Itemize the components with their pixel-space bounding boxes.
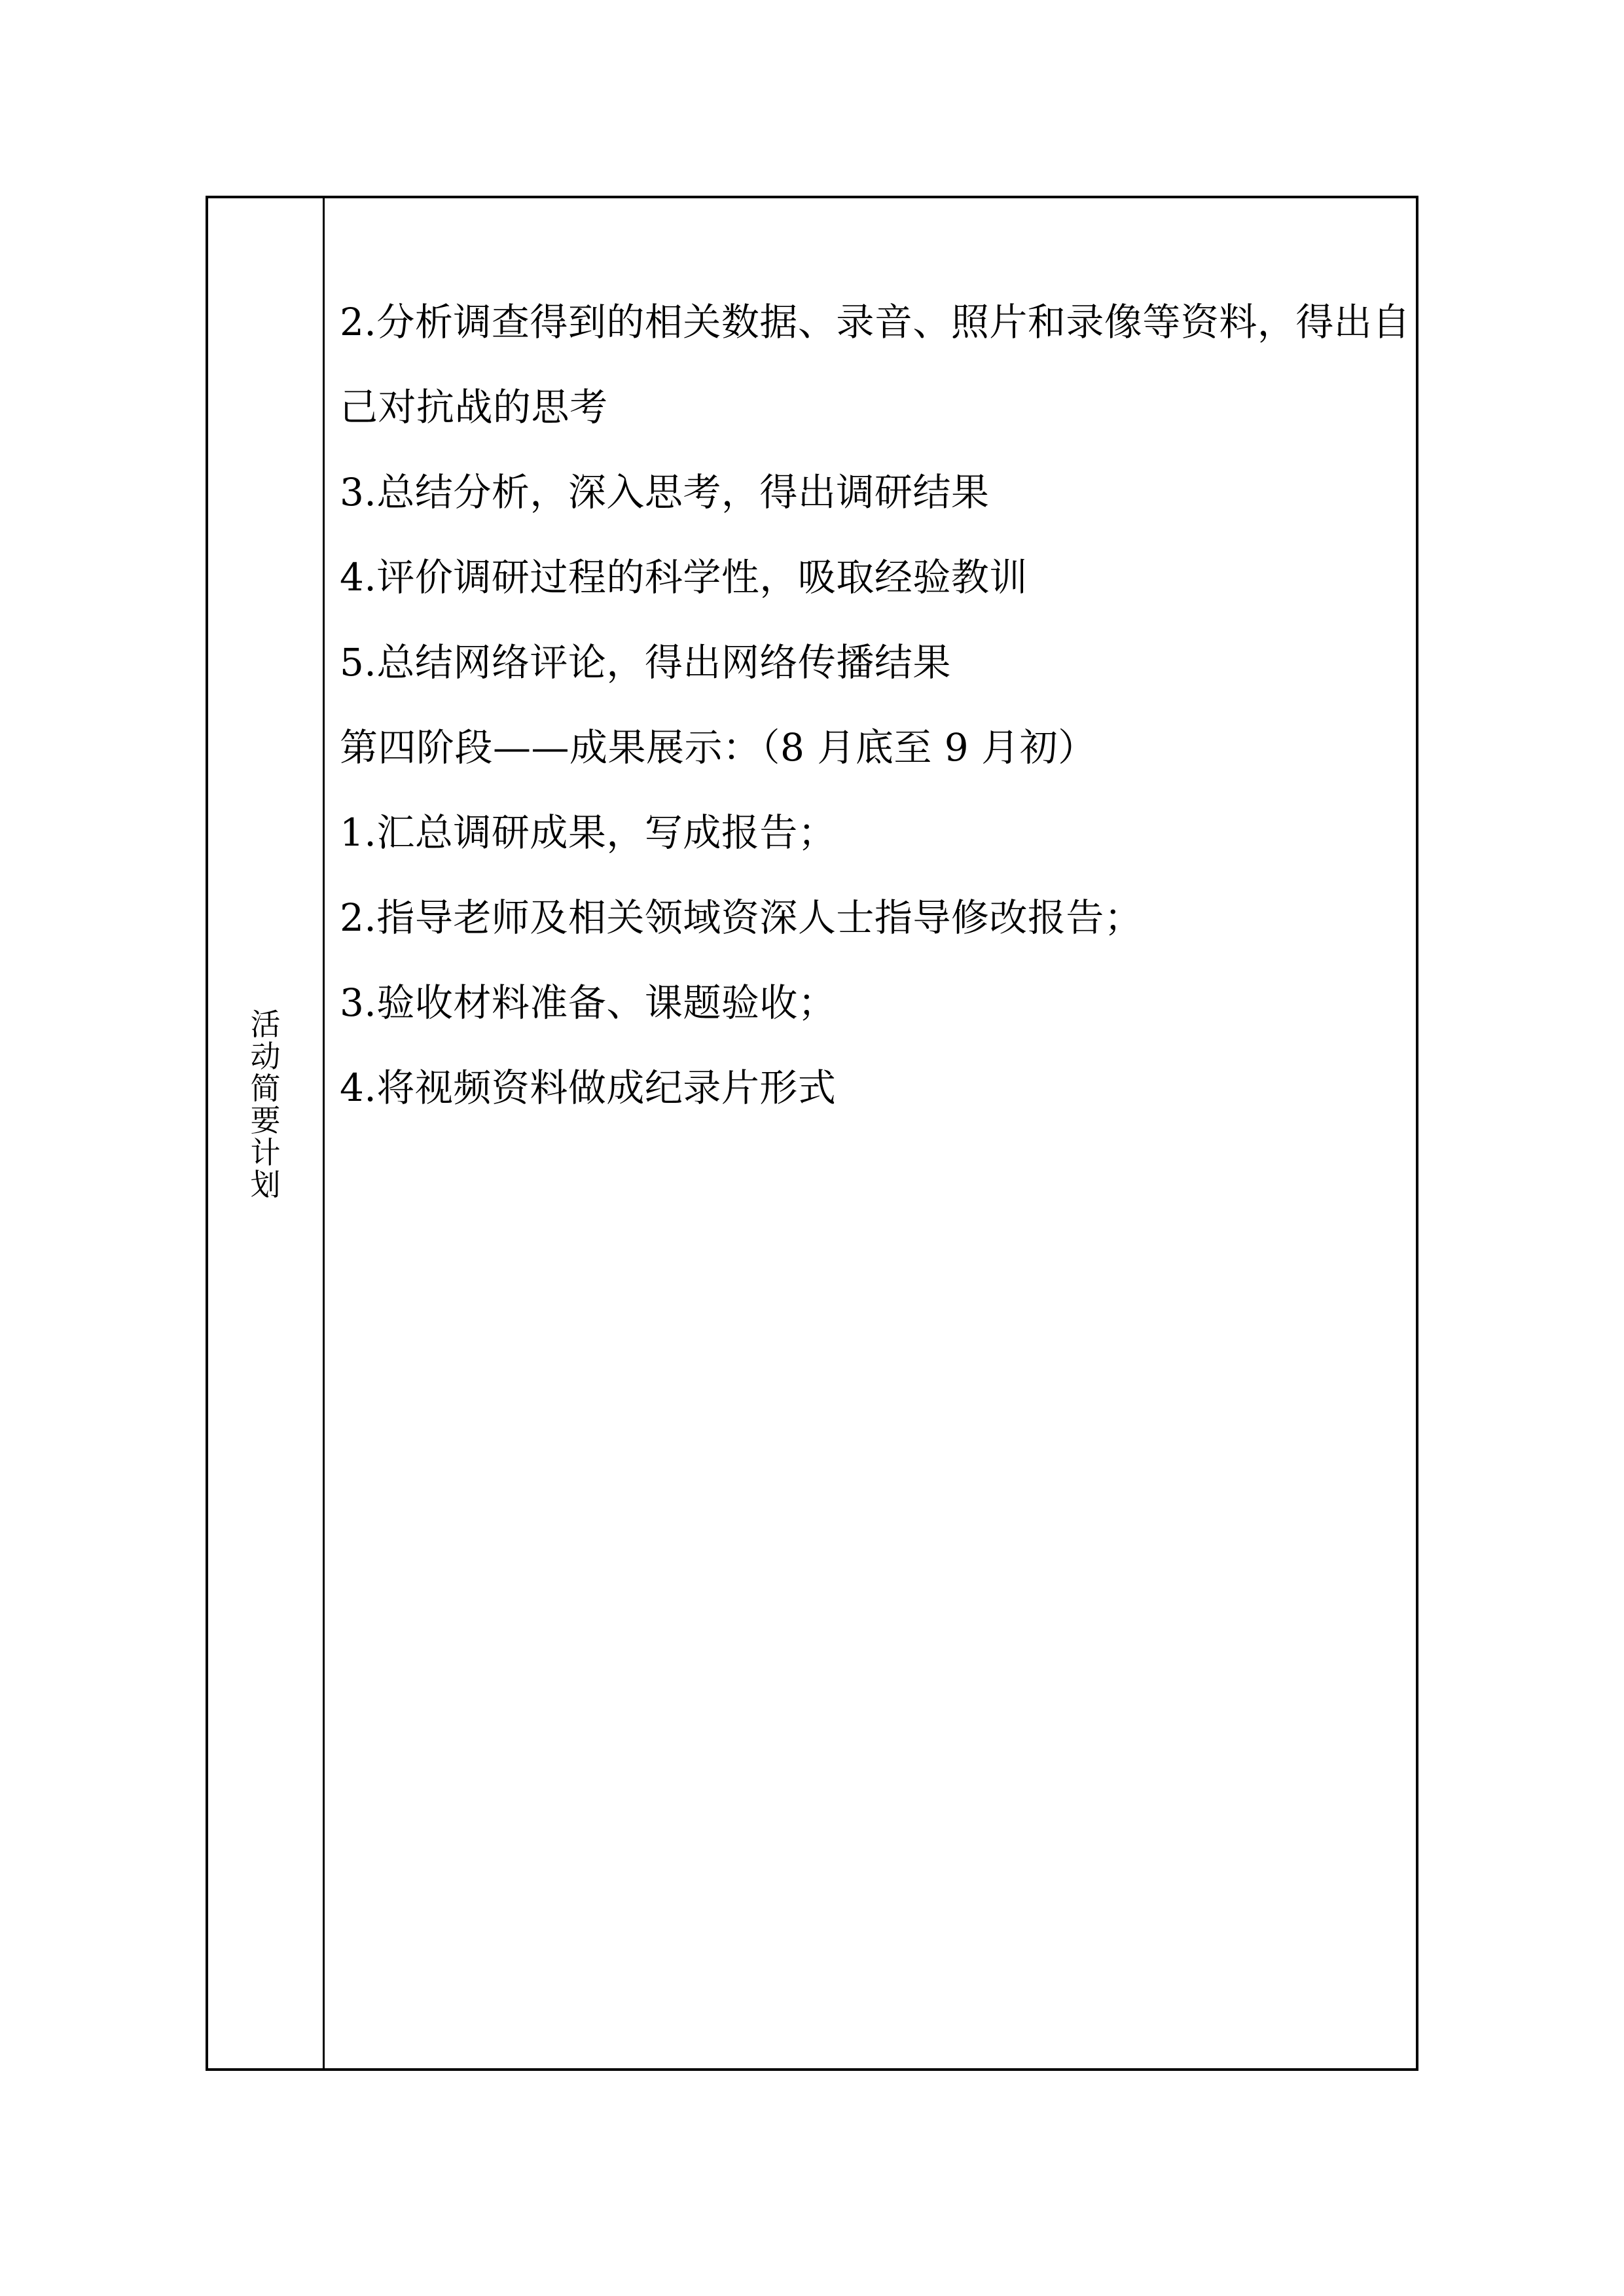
plan-line-8: 2.指导老师及相关领域资深人士指导修改报告； [340,875,1411,960]
document-page: 活 动 简 要 计 划 2.分析调查得到的相关数据、录音、照片和录像等资料，得出… [0,0,1624,2296]
row-header-char: 简 [208,1073,323,1105]
plan-content-cell: 2.分析调查得到的相关数据、录音、照片和录像等资料，得出自 己对抗战的思考 3.… [325,198,1424,2068]
plan-line-4: 4.评价调研过程的科学性，吸取经验教训 [340,535,1411,620]
plan-table: 活 动 简 要 计 划 2.分析调查得到的相关数据、录音、照片和录像等资料，得出… [206,196,1418,2071]
plan-line-2: 己对抗战的思考 [340,365,1411,450]
row-header-cell: 活 动 简 要 计 划 [208,198,325,2068]
row-header-char: 要 [208,1105,323,1137]
row-header-label: 活 动 简 要 计 划 [208,1009,323,1201]
plan-line-6: 第四阶段——成果展示：（8 月底至 9 月初） [340,705,1411,790]
plan-line-3: 3.总结分析，深入思考，得出调研结果 [340,450,1411,535]
row-header-char: 活 [208,1009,323,1041]
plan-line-5: 5.总结网络评论，得出网络传播结果 [340,620,1411,705]
row-header-char: 划 [208,1169,323,1201]
plan-line-1: 2.分析调查得到的相关数据、录音、照片和录像等资料，得出自 [340,279,1411,365]
plan-line-7: 1.汇总调研成果，写成报告； [340,790,1411,875]
plan-line-9: 3.验收材料准备、课题验收； [340,960,1411,1045]
plan-line-10: 4.将视频资料做成纪录片形式 [340,1045,1411,1130]
row-header-char: 计 [208,1137,323,1169]
row-header-char: 动 [208,1041,323,1073]
